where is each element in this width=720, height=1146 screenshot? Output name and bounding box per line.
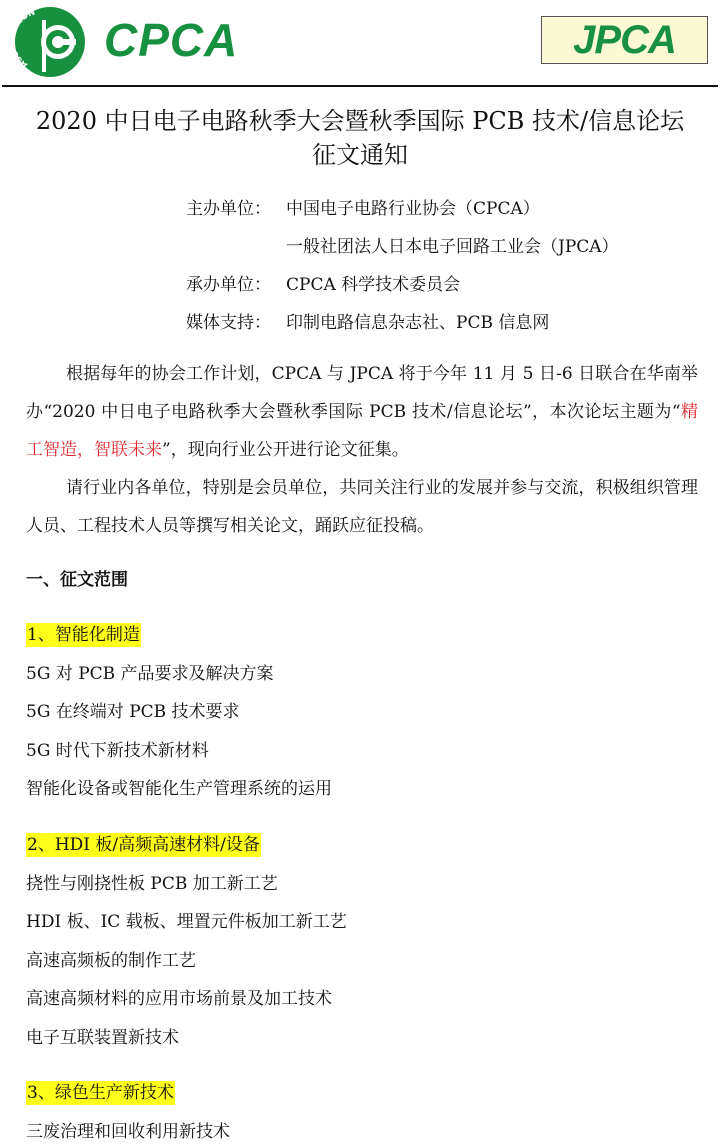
title-line-1: 2020 中日电子电路秋季大会暨秋季国际 PCB 技术/信息论坛 <box>36 107 684 135</box>
organizer-row-undertaker: 承办单位： CPCA 科学技术委员会 <box>186 263 619 301</box>
organizers-block: 主办单位： 中国电子电路行业协会（CPCA） 一般社团法人日本电子回路工业会（J… <box>186 187 619 339</box>
category-item: 5G 对 PCB 产品要求及解决方案 <box>26 655 332 694</box>
intro-paragraph-2: 请行业内各单位，特别是会员单位，共同关注行业的发展并参与交流，积极组织管理人员、… <box>26 469 698 545</box>
paragraph-text: ”，现向行业公开进行论文征集。 <box>162 440 409 460</box>
cpca-association-logo-icon: ASSOCIATION <box>14 6 86 78</box>
category-title: 3、绿色生产新技术 <box>26 1081 175 1105</box>
category-item: 高速高频材料的应用市场前景及加工技术 <box>26 980 347 1019</box>
intro-paragraph-1: 根据每年的协会工作计划，CPCA 与 JPCA 将于今年 11 月 5 日-6 … <box>26 355 698 469</box>
category-item: 挠性与刚挠性板 PCB 加工新工艺 <box>26 865 347 904</box>
organizer-value: 印制电路信息杂志社、PCB 信息网 <box>286 308 549 333</box>
intro-text: 根据每年的协会工作计划，CPCA 与 JPCA 将于今年 11 月 5 日-6 … <box>26 355 698 545</box>
organizer-label: 承办单位： <box>186 270 286 295</box>
category-2: 2、HDI 板/高频高速材料/设备 挠性与刚挠性板 PCB 加工新工艺 HDI … <box>26 826 347 1057</box>
category-title: 2、HDI 板/高频高速材料/设备 <box>26 833 261 857</box>
category-item: 三废治理和回收利用新技术 <box>26 1113 230 1146</box>
organizer-row-host: 主办单位： 中国电子电路行业协会（CPCA） <box>186 187 619 225</box>
category-item: HDI 板、IC 载板、埋置元件板加工新工艺 <box>26 903 347 942</box>
organizer-value: 一般社团法人日本电子回路工业会（JPCA） <box>286 232 619 257</box>
category-item: 智能化设备或智能化生产管理系统的运用 <box>26 770 332 809</box>
jpca-logo: JPCA <box>541 16 708 64</box>
organizer-label: 媒体支持： <box>186 308 286 333</box>
title-line-2: 征文通知 <box>0 138 720 172</box>
organizer-value: 中国电子电路行业协会（CPCA） <box>286 194 540 219</box>
paragraph-text: 根据每年的协会工作计划，CPCA 与 JPCA 将于今年 11 月 5 日-6 … <box>26 364 698 422</box>
cpca-wordmark: CPCA <box>104 14 238 66</box>
category-item: 高速高频板的制作工艺 <box>26 942 347 981</box>
organizer-row-cohost: 一般社团法人日本电子回路工业会（JPCA） <box>186 225 619 263</box>
category-1: 1、智能化制造 5G 对 PCB 产品要求及解决方案 5G 在终端对 PCB 技… <box>26 616 332 809</box>
category-item: 电子互联装置新技术 <box>26 1019 347 1058</box>
category-3: 3、绿色生产新技术 三废治理和回收利用新技术 <box>26 1074 230 1146</box>
category-item: 5G 在终端对 PCB 技术要求 <box>26 693 332 732</box>
organizer-value: CPCA 科学技术委员会 <box>286 270 460 295</box>
document-title: 2020 中日电子电路秋季大会暨秋季国际 PCB 技术/信息论坛 征文通知 <box>0 104 720 172</box>
organizer-row-media: 媒体支持： 印制电路信息杂志社、PCB 信息网 <box>186 301 619 339</box>
organizer-label: 主办单位： <box>186 194 286 219</box>
letterhead: ASSOCIATION CPCA JPCA <box>0 0 720 88</box>
category-item: 5G 时代下新技术新材料 <box>26 732 332 771</box>
category-title: 1、智能化制造 <box>26 623 141 647</box>
section-heading-scope: 一、征文范围 <box>26 563 128 597</box>
jpca-wordmark: JPCA <box>573 18 676 62</box>
header-divider <box>2 85 718 87</box>
